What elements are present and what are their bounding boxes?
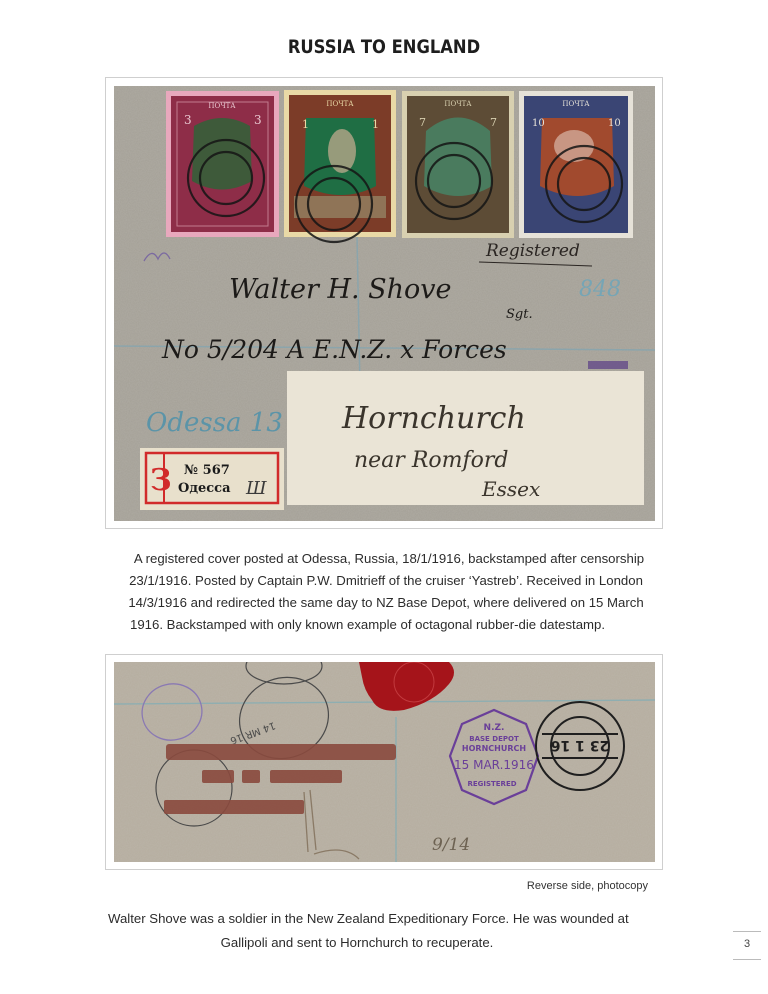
page-number: 3	[733, 930, 761, 958]
handwriting-unit: No 5/204 A E.N.Z. x Forces	[161, 335, 507, 364]
caption-line: 1916. Backstamped with only known exampl…	[112, 614, 660, 636]
caption-line: 14/3/1916 and redirected the same day to…	[112, 592, 660, 614]
page-number-text: 3	[733, 930, 761, 958]
svg-text:REGISTERED: REGISTERED	[467, 780, 516, 788]
pencil-note: 9/14	[432, 835, 470, 855]
front-cover-frame: ПОЧТА 3 3 ПОЧТА 1 1 ПОЧТА 7	[105, 77, 663, 529]
page-title: RUSSIA TO ENGLAND	[54, 36, 714, 58]
handwriting-rank: Sgt.	[506, 307, 533, 322]
redirect-line-3: Essex	[481, 477, 540, 501]
stamp-1-kop: ПОЧТА 1 1	[284, 90, 396, 237]
svg-text:ПОЧТА: ПОЧТА	[444, 100, 472, 108]
redirect-line-2: near Romford	[354, 448, 508, 473]
svg-text:№ 567: № 567	[184, 463, 230, 478]
front-cover-image: ПОЧТА 3 3 ПОЧТА 1 1 ПОЧТА 7	[114, 86, 655, 521]
caption-line: 23/1/1916. Posted by Captain P.W. Dmitri…	[112, 570, 660, 592]
odessa-backstamp-date: 23 1 16	[551, 737, 609, 753]
handwriting-blue-note: 848	[579, 277, 621, 302]
svg-text:Ш: Ш	[245, 478, 267, 499]
svg-text:3: 3	[254, 113, 262, 127]
svg-text:ПОЧТА: ПОЧТА	[562, 100, 590, 108]
story-caption: Walter Shove was a soldier in the New Ze…	[108, 907, 606, 955]
svg-text:HORNCHURCH: HORNCHURCH	[462, 744, 526, 753]
redirect-line-1: Hornchurch	[341, 401, 526, 436]
redirect-label: Hornchurch near Romford Essex	[287, 371, 644, 505]
svg-text:ПОЧТА: ПОЧТА	[326, 100, 354, 108]
svg-text:10: 10	[532, 118, 545, 129]
back-cover-image: 14 MR 16 N.Z. BASE DEPOT HORNCHURCH	[114, 662, 655, 862]
svg-text:7: 7	[419, 116, 426, 129]
svg-text:1: 1	[372, 118, 379, 131]
svg-text:10: 10	[608, 118, 621, 129]
svg-text:ПОЧТА: ПОЧТА	[208, 102, 236, 110]
handwriting-registered: Registered	[485, 241, 580, 261]
caption-line: Walter Shove was a soldier in the New Ze…	[108, 907, 606, 931]
registration-label: З № 567 Одесса Ш	[140, 448, 284, 510]
handwriting-addressee: Walter H. Shove	[229, 274, 452, 305]
svg-text:15 MAR.1916: 15 MAR.1916	[454, 758, 534, 772]
caption-line: Gallipoli and sent to Hornchurch to recu…	[108, 931, 606, 955]
svg-text:BASE DEPOT: BASE DEPOT	[469, 735, 519, 743]
svg-text:З: З	[150, 463, 172, 498]
svg-text:3: 3	[184, 113, 192, 127]
svg-text:7: 7	[490, 116, 497, 129]
front-cover-caption: A registered cover posted at Odessa, Rus…	[112, 548, 660, 636]
back-cover-frame: 14 MR 16 N.Z. BASE DEPOT HORNCHURCH	[105, 654, 663, 870]
back-cover-caption: Reverse side, photocopy	[527, 880, 648, 892]
handwriting-odessa: Odessa 13	[146, 408, 283, 438]
svg-text:1: 1	[302, 118, 309, 131]
svg-text:N.Z.: N.Z.	[484, 723, 505, 733]
caption-line: A registered cover posted at Odessa, Rus…	[112, 548, 660, 570]
svg-text:Одесса: Одесса	[178, 481, 231, 496]
